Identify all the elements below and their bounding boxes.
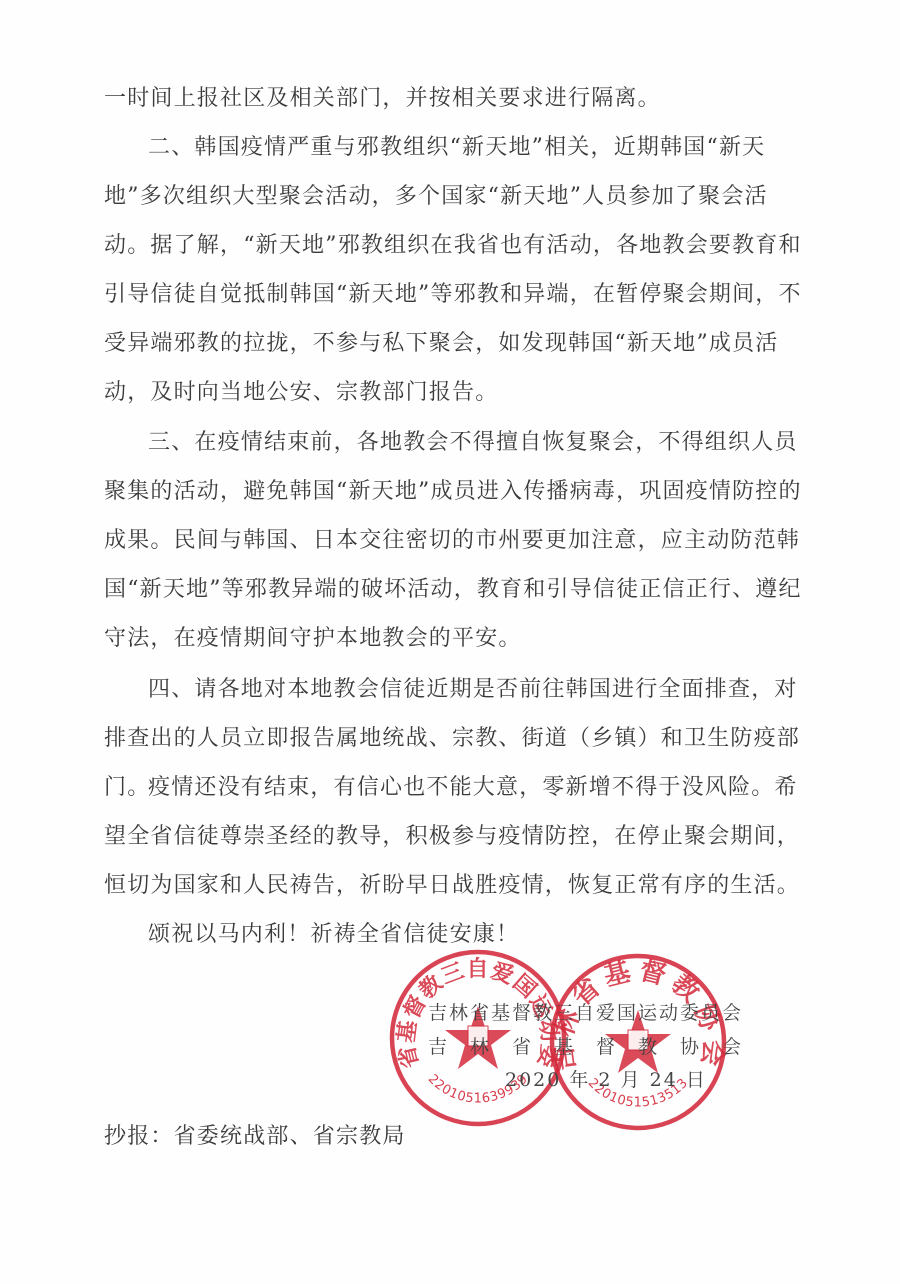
document-page: 一时间上报社区及相关部门，并按相关要求进行隔离。 二、韩国疫情严重与邪教组织“新… xyxy=(0,0,900,1284)
paragraph-item-2: 二、韩国疫情严重与邪教组织“新天地”相关，近期韩国“新天地”多次组织大型聚会活动… xyxy=(104,123,804,417)
signature-date: 2020 年 2 月 24 日 xyxy=(505,1065,707,1092)
paragraph-closing: 疫情还没有结束，有信心也不能大意，零新增不得于没风险。希望全省信徒尊崇圣经的教导… xyxy=(104,763,804,910)
signature-org-1: 吉林省基督教三自爱国运动委员会 xyxy=(428,998,743,1025)
cc-line: 抄报：省委统战部、省宗教局 xyxy=(104,1112,796,1161)
paragraph-item-3: 三、在疫情结束前，各地教会不得擅自恢复聚会，不得组织人员聚集的活动，避免韩国“新… xyxy=(104,418,804,663)
paragraph-continuation: 一时间上报社区及相关部门，并按相关要求进行隔离。 xyxy=(104,74,804,123)
signature-org-2: 吉 林 省 基 督 教 协 会 xyxy=(428,1032,743,1059)
